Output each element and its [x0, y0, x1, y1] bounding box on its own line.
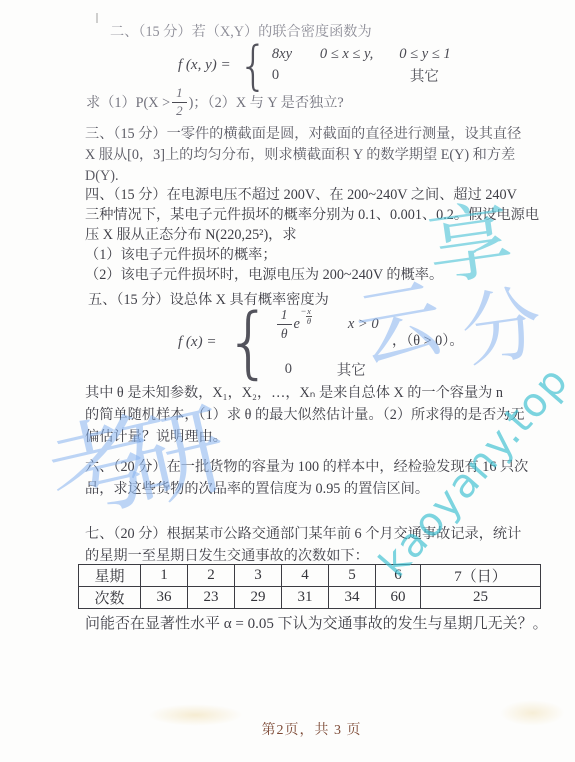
accident-table: 星期 1 2 3 4 5 6 7（日） 次数 36 23 29 31 34 60… [78, 564, 541, 609]
question-3: 三、（15 分）一零件的横截面是圆，对截面的直径进行测量，设其直径 X 服从[0… [85, 124, 521, 187]
question-5-body: 其中 θ 是未知参数，X₁，X₂，…，Xₙ 是来自总体 X 的一个容量为 n 的… [85, 382, 525, 448]
exp-denominator: θ [307, 317, 311, 326]
table-cell: 34 [329, 587, 376, 609]
exponent: −xθ [301, 306, 312, 325]
table-row-weekday: 星期 1 2 3 4 5 6 7（日） [79, 565, 541, 587]
table-cell: 5 [329, 565, 376, 587]
euler-e: e [294, 316, 300, 333]
case-cond: 其它 [337, 359, 366, 380]
text-line: 六、（20 分）在一批货物的容量为 100 的样本中，经检验发现有 16 只次 [85, 456, 528, 478]
text-line: D(Y). [85, 166, 521, 187]
table-cell: 1 [141, 565, 188, 587]
fraction-denominator: θ [281, 325, 288, 342]
text-line: 四、（15 分）在电源电压不超过 200V、在 200~240V 之间、超过 2… [85, 185, 539, 205]
case-row: 0 其它 [277, 359, 379, 380]
fraction-numerator: 1 [277, 307, 292, 325]
text-line: 七、（20 分）根据某市公路交通部门某年前 6 个月交通事故记录，统计 [85, 523, 521, 545]
brace-glyph: { [239, 39, 268, 92]
text-line: 压 X 服从正态分布 N(220,25²)，求 [85, 225, 539, 245]
table-cell: 25 [421, 587, 541, 609]
brace-glyph: { [224, 303, 272, 381]
text-line: 其中 θ 是未知参数，X₁，X₂，…，Xₙ 是来自总体 X 的一个容量为 n [85, 382, 525, 404]
ask-suffix: )；（2）X 与 Y 是否独立? [189, 92, 344, 112]
text-line: X 服从[0，3]上的均匀分布，则求横截面积 Y 的数学期望 E(Y) 和方差 [85, 145, 521, 166]
case-cond: 其它 [410, 65, 439, 86]
scan-artifact [96, 13, 98, 23]
table-cell: 2 [188, 565, 235, 587]
text-line: 偏估计量？说明理由。 [85, 426, 525, 448]
formula-joint-density: f (x, y) = { 8xy 0 ≤ x ≤ y, 0 ≤ y ≤ 1 0 … [178, 42, 451, 88]
formula-lhs: f (x) = [178, 334, 216, 351]
formula-theta-condition: ，（θ > 0）。 [392, 330, 464, 350]
table-cell: 7（日） [421, 565, 541, 587]
question-7-hypothesis: 问能否在显著性水平 α = 0.05 下认为交通事故的发生与星期几无关？。 [85, 612, 548, 633]
fraction-one-over-theta: 1 θ [277, 307, 292, 341]
case-row: 1 θ e−xθ x > 0 [277, 305, 379, 345]
case-row: 8xy 0 ≤ x ≤ y, 0 ≤ y ≤ 1 [272, 44, 451, 65]
table-cell: 23 [188, 587, 235, 609]
case-expr: 0 [272, 67, 320, 84]
formula-lhs: f (x, y) = [178, 57, 231, 74]
case-cond: 0 ≤ y ≤ 1 [399, 46, 450, 63]
exam-page: 二、（15 分）若（X,Y）的联合密度函数为 f (x, y) = { 8xy … [0, 0, 575, 762]
case-cond: x > 0 [348, 316, 379, 333]
text-line: 三、（15 分）一零件的横截面是圆，对截面的直径进行测量，设其直径 [85, 124, 521, 145]
table-cell: 3 [235, 565, 282, 587]
watermark-char: 分 [457, 283, 547, 373]
ask-prefix: 求（1）P(X > [86, 92, 170, 112]
table-cell: 4 [282, 565, 329, 587]
case-row: 0 其它 [272, 65, 451, 86]
case-expr: 8xy [272, 46, 320, 63]
text-line: 品，求这些货物的次品率的置信度为 0.95 的置信区间。 [85, 478, 528, 500]
table-cell: 36 [141, 587, 188, 609]
table-cell: 6 [376, 565, 421, 587]
table-row-counts: 次数 36 23 29 31 34 60 25 [79, 587, 541, 609]
question-2-ask: 求（1）P(X > 1 2 )；（2）X 与 Y 是否独立? [86, 86, 344, 119]
text-line: （1）该电子元件损坏的概率； [85, 245, 539, 265]
formula-density-theta: f (x) = { 1 θ e−xθ x > 0 0 其它 [178, 304, 379, 380]
case-cond: 0 ≤ x ≤ y, [320, 46, 373, 63]
fraction-denominator: 2 [176, 103, 183, 119]
page-number: 第2页，共 3 页 [0, 719, 575, 739]
question-4: 四、（15 分）在电源电压不超过 200V、在 200~240V 之间、超过 2… [85, 185, 539, 285]
text-line: 三种情况下，某电子元件损坏的概率分别为 0.1、0.001、0.2。假设电源电 [85, 205, 539, 225]
piecewise-cases: 1 θ e−xθ x > 0 0 其它 [277, 305, 379, 380]
table-cell: 31 [282, 587, 329, 609]
fraction-one-half: 1 2 [172, 86, 187, 119]
text-line: 的简单随机样本，（1）求 θ 的最大似然估计量。（2）所求得的是否为无 [85, 404, 525, 426]
text-line: （2）该电子元件损坏时，电源电压为 200~240V 的概率。 [85, 265, 539, 285]
piecewise-cases: 8xy 0 ≤ x ≤ y, 0 ≤ y ≤ 1 0 其它 [272, 44, 451, 86]
table-cell: 29 [235, 587, 282, 609]
table-cell: 星期 [79, 565, 141, 587]
exp-fraction: xθ [306, 307, 312, 325]
question-6: 六、（20 分）在一批货物的容量为 100 的样本中，经检验发现有 16 只次 … [85, 456, 528, 500]
question-7: 七、（20 分）根据某市公路交通部门某年前 6 个月交通事故记录，统计 的星期一… [85, 523, 521, 567]
case-expr: 0 [285, 361, 337, 378]
table-cell: 60 [376, 587, 421, 609]
fraction-numerator: 1 [172, 86, 187, 103]
table-cell: 次数 [79, 587, 141, 609]
